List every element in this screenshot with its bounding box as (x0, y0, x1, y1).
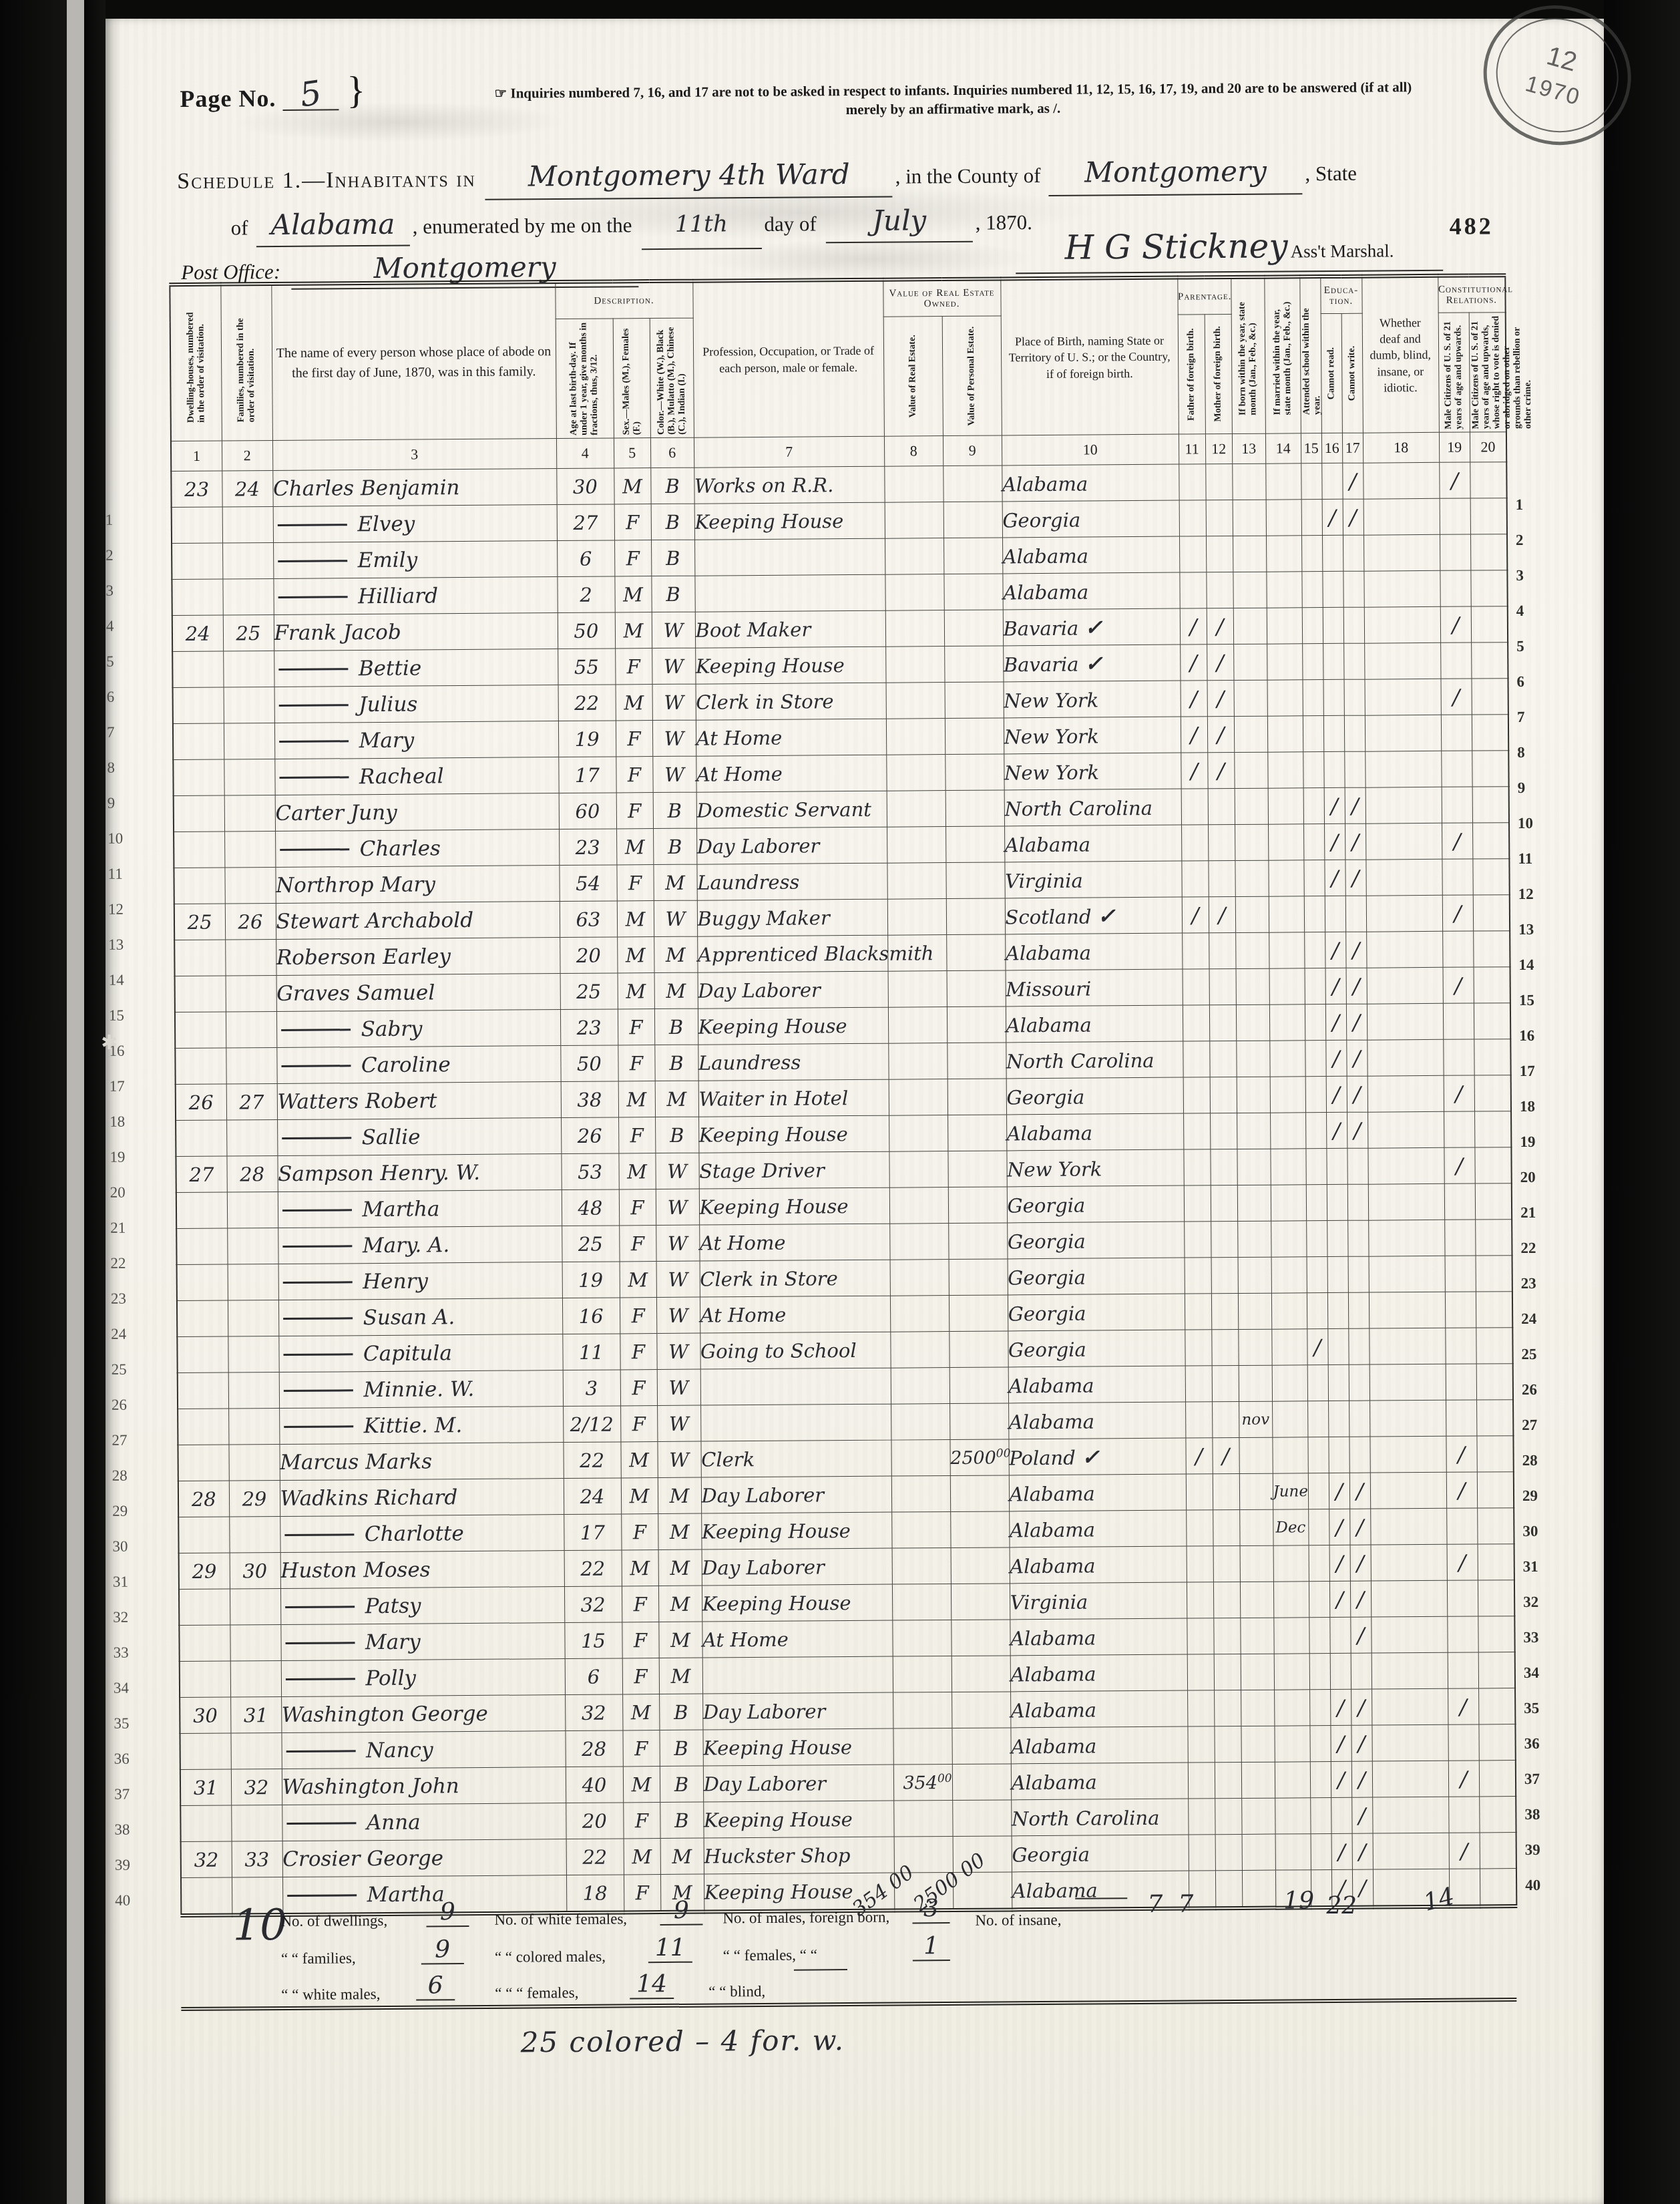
family-number: 25 (223, 615, 274, 652)
disability-cell (1371, 1580, 1447, 1617)
male-citizen-mark (1446, 1508, 1477, 1544)
personal-estate-value (948, 1151, 1006, 1187)
vote-denied-cell (1479, 1761, 1516, 1797)
column-number: 4 (556, 438, 614, 469)
enumerator-tick: ✓ (1085, 651, 1103, 676)
person-name: Kittie. M. (364, 1413, 463, 1438)
married-month-value (1266, 572, 1301, 608)
male-citizen-mark (1441, 751, 1472, 787)
male-citizen-mark: / (1444, 1147, 1474, 1183)
person-name: Charles Benjamin (273, 476, 460, 501)
father-foreign-mark (1188, 1763, 1215, 1799)
father-foreign-mark (1181, 825, 1208, 861)
disability-cell (1364, 642, 1440, 679)
disability-cell (1365, 679, 1441, 715)
birthplace-value: Missouri (1006, 969, 1183, 1006)
sex-value: F (616, 721, 652, 757)
column-number: 1 (171, 441, 222, 472)
person-name: Mary. A. (363, 1233, 450, 1258)
line-number: 36 (1524, 1726, 1553, 1761)
married-month-value (1268, 824, 1303, 860)
family-number (228, 1336, 278, 1373)
cannot-write-mark (1349, 1437, 1370, 1473)
real-estate-value (890, 1332, 949, 1368)
male-citizen-mark: / (1448, 1688, 1478, 1724)
scan-edge-left (0, 0, 67, 2204)
real-estate-value (889, 1079, 948, 1116)
column-number: 12 (1205, 434, 1232, 464)
married-month-value (1270, 1077, 1305, 1113)
person-name: Mary (365, 1630, 421, 1654)
family-number (227, 1228, 278, 1265)
column-number: 16 (1321, 433, 1342, 463)
page-number-value: 5 (297, 73, 324, 115)
disability-cell (1373, 1833, 1449, 1869)
occupation-value: Clerk in Store (700, 1260, 890, 1297)
line-number: 27 (112, 1422, 141, 1457)
personal-estate-value (949, 1295, 1008, 1332)
line-number: 6 (1516, 664, 1546, 699)
sex-value: M (618, 1081, 655, 1117)
name-cell: Elvey (273, 505, 557, 543)
color-value: W (652, 720, 696, 756)
cannot-read-mark: / (1329, 1509, 1349, 1545)
birthplace-value: Georgia (1007, 1185, 1184, 1223)
mother-foreign-mark: / (1207, 753, 1234, 789)
born-month-value (1236, 1004, 1269, 1041)
family-number: 28 (226, 1156, 277, 1193)
person-name: Emily (358, 548, 418, 572)
name-cell: Anna (282, 1803, 566, 1841)
vote-denied-cell (1470, 534, 1507, 570)
personal-estate-value (948, 1115, 1006, 1151)
dwelling-number (180, 1805, 231, 1842)
birthplace-value: North Carolina (1006, 1041, 1183, 1079)
personal-estate-value (948, 1079, 1006, 1115)
color-value: M (660, 1838, 704, 1874)
line-number: 8 (107, 749, 136, 785)
occupation-value: Keeping House (698, 1115, 889, 1153)
occupation-value: Huckster Shop (704, 1837, 894, 1874)
vote-denied-cell (1477, 1472, 1514, 1508)
married-month-value (1273, 1618, 1309, 1654)
color-value: W (656, 1225, 699, 1261)
birthplace-value: Alabama (1009, 1474, 1186, 1511)
family-number (223, 651, 274, 688)
census-table: Dwelling-houses, numbered in the order o… (169, 273, 1517, 1917)
age-value: 25 (560, 973, 618, 1010)
line-number: 5 (106, 644, 136, 679)
birthplace-value: Alabama (1004, 825, 1181, 862)
family-number (222, 543, 273, 580)
family-number (230, 1661, 281, 1698)
color-value: M (658, 1586, 702, 1622)
sex-value: M (617, 937, 654, 973)
vote-denied-cell (1472, 715, 1508, 751)
line-number: 40 (1525, 1867, 1554, 1903)
name-cell: Bettie (274, 649, 558, 687)
father-foreign-mark (1187, 1726, 1214, 1763)
real-estate-value (891, 1440, 950, 1477)
male-citizen-mark: / (1448, 1761, 1479, 1797)
ditto-dash (278, 596, 347, 599)
personal-estate-value (943, 466, 1002, 502)
brace-glyph: } (347, 67, 365, 112)
attended-school-mark (1305, 968, 1325, 1004)
dwelling-number (178, 1372, 228, 1409)
family-number: 27 (226, 1084, 277, 1121)
person-name: Patsy (365, 1594, 421, 1618)
personal-estate-value (952, 1764, 1011, 1801)
dwelling-number (174, 868, 224, 904)
total-cannot-read: 19 (1283, 1887, 1314, 1914)
ditto-dash (278, 705, 348, 707)
attended-school-mark (1301, 500, 1322, 536)
name-cell: Graves Samuel (276, 974, 560, 1012)
mother-foreign-mark (1210, 1113, 1237, 1149)
birthplace-value: New York (1006, 1149, 1183, 1187)
age-value: 17 (564, 1514, 621, 1551)
vote-denied-cell (1471, 642, 1508, 679)
line-number: 9 (1517, 770, 1546, 805)
male-citizen-mark: / (1446, 1436, 1476, 1472)
male-citizen-mark (1446, 1364, 1476, 1400)
occupation-value: Day Laborer (696, 827, 887, 864)
ditto-dash (286, 1823, 356, 1825)
line-number: 12 (1518, 876, 1548, 912)
sex-value: M (624, 1839, 660, 1875)
column-number: 3 (272, 439, 556, 471)
sex-value: F (622, 1586, 658, 1622)
real-estate-value (889, 1115, 948, 1152)
sex-value: F (616, 865, 653, 901)
vote-denied-cell (1474, 1075, 1511, 1111)
vote-denied-cell (1474, 1147, 1511, 1183)
state-entry: Alabama (271, 208, 395, 241)
state-label: , State (1305, 162, 1357, 186)
vote-denied-cell (1472, 859, 1509, 895)
mother-foreign-mark: / (1209, 897, 1235, 933)
father-foreign-mark (1183, 1077, 1210, 1113)
attended-school-mark (1309, 1618, 1329, 1654)
cannot-write-mark: / (1351, 1689, 1372, 1725)
occupation-value: Keeping House (698, 1007, 888, 1045)
mother-foreign-mark (1209, 1005, 1236, 1041)
line-number: 25 (1521, 1336, 1550, 1372)
male-citizen-mark (1448, 1652, 1478, 1688)
sex-value: F (614, 540, 651, 576)
sex-value: M (618, 1153, 655, 1189)
line-number: 23 (1521, 1266, 1550, 1301)
dwelling-number (177, 1300, 228, 1337)
age-value: 16 (562, 1298, 620, 1334)
personal-estate-value (946, 790, 1004, 827)
cannot-read-mark (1325, 896, 1345, 932)
vote-denied-cell (1476, 1292, 1512, 1328)
col-header-occupation: Profession, Occupation, or Trade of each… (692, 280, 884, 437)
married-month-value (1267, 608, 1302, 644)
born-month-value (1237, 1185, 1271, 1221)
disability-cell (1371, 1616, 1447, 1653)
vote-denied-cell (1478, 1580, 1514, 1616)
birthplace-value: Alabama (1010, 1726, 1187, 1764)
person-name: Caroline (361, 1053, 451, 1077)
family-number (226, 1012, 276, 1049)
family-number (229, 1517, 280, 1553)
attended-school-mark: / (1307, 1329, 1327, 1365)
disability-cell (1363, 498, 1440, 535)
person-name: Nancy (366, 1738, 433, 1763)
person-name: Mary (359, 728, 414, 753)
dwelling-number (175, 1048, 226, 1085)
age-value: 6 (565, 1658, 622, 1695)
line-number: 11 (1518, 841, 1547, 876)
vote-denied-cell (1470, 498, 1507, 534)
married-month-value (1269, 1041, 1305, 1077)
ditto-dash (282, 1282, 352, 1284)
cannot-read-mark: / (1324, 823, 1345, 860)
attended-school-mark (1307, 1401, 1328, 1437)
cannot-read-mark: / (1331, 1761, 1351, 1797)
sheet-number-stamp: 482 (1450, 212, 1494, 240)
ditto-dash (282, 1210, 352, 1212)
married-month-value (1270, 1149, 1305, 1185)
born-month-value (1237, 1077, 1270, 1113)
birthplace-value: Bavaria ✓ (1003, 608, 1180, 646)
age-value: 2/12 (563, 1406, 620, 1443)
male-citizen-mark: / (1443, 967, 1474, 1003)
father-foreign-mark (1187, 1690, 1214, 1726)
line-number: 35 (1524, 1690, 1553, 1726)
sex-value: F (620, 1298, 656, 1334)
line-number: 33 (113, 1634, 142, 1670)
person-name: Watters Robert (277, 1089, 437, 1114)
birthplace-value: Alabama (1010, 1654, 1187, 1692)
attended-school-mark (1303, 752, 1323, 788)
male-citizen-mark (1446, 1400, 1476, 1436)
ditto-dash (279, 741, 349, 743)
mother-foreign-mark (1215, 1798, 1241, 1834)
page-edge-sliver (67, 0, 84, 2204)
vote-denied-cell (1476, 1328, 1512, 1364)
vote-denied-cell (1480, 1833, 1516, 1869)
insane-label: No. of insane, (975, 1911, 1061, 1930)
line-number: 40 (115, 1882, 144, 1917)
married-month-value (1268, 788, 1303, 824)
person-name: Washington George (282, 1701, 488, 1726)
dwelling-number (180, 1733, 230, 1770)
family-number (230, 1733, 281, 1770)
real-estate-value (886, 683, 945, 719)
born-month-value (1236, 968, 1269, 1004)
sex-value: M (617, 901, 654, 937)
column-number: 2 (222, 441, 272, 472)
cannot-write-mark (1347, 1184, 1368, 1220)
cannot-read-mark: / (1329, 1581, 1350, 1617)
real-estate-value (889, 1224, 948, 1260)
personal-estate-value (944, 646, 1003, 683)
disability-cell (1372, 1652, 1448, 1689)
disability-cell (1370, 1364, 1446, 1401)
name-cell: Wadkins Richard (280, 1479, 564, 1517)
dwelling-number (173, 687, 224, 724)
birthplace-value: Alabama (1010, 1690, 1187, 1728)
person-name: Huston Moses (280, 1557, 431, 1583)
summary-footer: 10 No. of dwellings, 9 No. of white fema… (180, 1885, 1516, 2011)
col-header-mother-foreign: Mother of foreign birth. (1205, 315, 1232, 434)
cannot-read-mark: / (1325, 932, 1345, 968)
male-citizen-mark: / (1444, 1075, 1474, 1111)
married-month-value (1269, 896, 1304, 932)
vote-denied-cell (1472, 751, 1508, 787)
occupation-value (702, 1656, 893, 1694)
person-name: Marcus Marks (280, 1449, 432, 1475)
disability-cell (1368, 1147, 1444, 1184)
colored-females-label: “ “ “ females, (495, 1984, 578, 2002)
line-number: 29 (1522, 1478, 1552, 1513)
occupation-value: At Home (700, 1296, 890, 1333)
father-foreign-mark (1179, 536, 1206, 572)
attended-school-mark (1303, 824, 1324, 860)
cannot-write-mark: / (1343, 499, 1363, 535)
color-value: M (655, 1081, 698, 1117)
family-number (228, 1445, 279, 1481)
cannot-write-mark (1343, 643, 1364, 679)
occupation-value: Clerk (700, 1440, 891, 1477)
name-cell: Emily (273, 541, 557, 579)
dwelling-number (174, 940, 225, 976)
inquiries-line2: merely by an affirmative mark, as /. (846, 100, 1061, 118)
bottom-annotation: 25 colored – 4 for. w. (521, 2024, 845, 2058)
cannot-read-mark: / (1326, 1112, 1347, 1148)
pointing-hand-icon: ☞ (494, 85, 507, 102)
color-value: B (654, 1008, 698, 1045)
married-month-value (1272, 1365, 1307, 1401)
color-value: W (652, 684, 696, 720)
vote-denied-cell (1473, 931, 1510, 967)
real-estate-value (887, 863, 946, 900)
footer-tally: 10 (232, 1901, 287, 1951)
enumerator-tick: ✓ (1098, 903, 1116, 928)
birthplace-value: North Carolina (1011, 1799, 1188, 1836)
line-number: 14 (108, 962, 138, 997)
occupation-value: Boot Maker (695, 610, 885, 648)
birthplace-value: Bavaria ✓ (1003, 645, 1180, 682)
born-month-value (1235, 788, 1268, 824)
age-value: 19 (558, 721, 616, 757)
occupation-value (700, 1368, 891, 1405)
column-number: 17 (1342, 433, 1363, 463)
cannot-write-mark (1351, 1653, 1372, 1689)
sex-value: M (620, 1262, 656, 1298)
line-number: 28 (112, 1457, 142, 1493)
dwelling-number: 26 (176, 1084, 226, 1121)
occupation-value: Keeping House (694, 502, 885, 540)
father-foreign-mark: / (1185, 1438, 1212, 1474)
cannot-write-mark: / (1345, 860, 1366, 896)
father-foreign-mark: / (1181, 681, 1207, 717)
cannot-read-mark: / (1330, 1689, 1351, 1725)
disability-cell (1366, 859, 1442, 896)
cannot-write-mark (1344, 715, 1365, 751)
occupation-value: Day Laborer (698, 971, 888, 1008)
cannot-write-mark: / (1346, 1040, 1367, 1076)
male-citizen-mark: / (1447, 1544, 1478, 1580)
real-estate-value (892, 1548, 951, 1585)
family-number (230, 1625, 280, 1662)
total-mother-foreign: 7 (1178, 1890, 1193, 1917)
attended-school-mark (1311, 1834, 1331, 1870)
attended-school-mark (1309, 1726, 1330, 1762)
line-number: 18 (1520, 1089, 1549, 1124)
name-cell: Watters Robert (277, 1082, 561, 1120)
born-month-value (1240, 1582, 1273, 1618)
male-citizen-mark: / (1442, 895, 1473, 931)
colored-females-value: 14 (636, 1970, 667, 1998)
cannot-write-mark: / (1346, 1004, 1367, 1040)
name-cell: Julius (274, 685, 558, 723)
age-value: 54 (559, 865, 616, 902)
vote-denied-cell (1475, 1220, 1512, 1256)
family-number (226, 976, 276, 1013)
married-month-value (1270, 1113, 1305, 1149)
vote-denied-cell (1472, 787, 1509, 823)
family-number (224, 723, 274, 760)
born-month-value (1240, 1618, 1273, 1654)
occupation-value: Keeping House (702, 1584, 892, 1622)
disability-cell (1366, 823, 1442, 860)
attended-school-mark (1308, 1473, 1329, 1509)
sex-value: F (616, 757, 652, 793)
attended-school-mark (1305, 1149, 1326, 1185)
color-value: W (657, 1369, 700, 1405)
age-value: 40 (566, 1767, 623, 1803)
column-number: 7 (694, 436, 884, 468)
age-value: 53 (561, 1153, 618, 1190)
age-value: 2 (557, 576, 614, 613)
ditto-dash (285, 1678, 355, 1681)
person-name: Anna (367, 1810, 421, 1835)
born-month-value (1233, 572, 1266, 608)
name-cell: Susan A. (278, 1298, 562, 1336)
married-month-value (1267, 644, 1302, 680)
disability-cell (1363, 534, 1440, 571)
name-cell: Martha (278, 1190, 562, 1228)
line-number: 34 (1524, 1655, 1553, 1690)
cannot-read-mark (1328, 1364, 1349, 1401)
colored-males-value: 11 (655, 1934, 686, 1962)
occupation-value: Waiter in Hotel (698, 1079, 889, 1117)
line-number: 37 (114, 1776, 144, 1811)
born-month-value (1234, 752, 1267, 788)
dwelling-number: 24 (172, 615, 223, 652)
color-value: B (650, 468, 694, 504)
attended-school-mark (1307, 1437, 1328, 1473)
line-number: 14 (1518, 947, 1548, 982)
line-number: 37 (1524, 1761, 1554, 1797)
col-header-born-month: If born within the year, state month (Ja… (1231, 277, 1265, 434)
line-number: 16 (1519, 1018, 1548, 1053)
personal-estate-value (943, 574, 1002, 610)
sex-value: M (622, 1550, 658, 1586)
occupation-value: Keeping House (701, 1512, 891, 1549)
male-citizen-mark (1441, 715, 1472, 751)
attended-school-mark (1306, 1185, 1327, 1221)
cannot-write-mark: / (1345, 823, 1366, 860)
name-cell: Frank Jacob (274, 613, 558, 651)
mother-foreign-mark: / (1207, 608, 1233, 645)
sex-value: M (614, 576, 651, 612)
